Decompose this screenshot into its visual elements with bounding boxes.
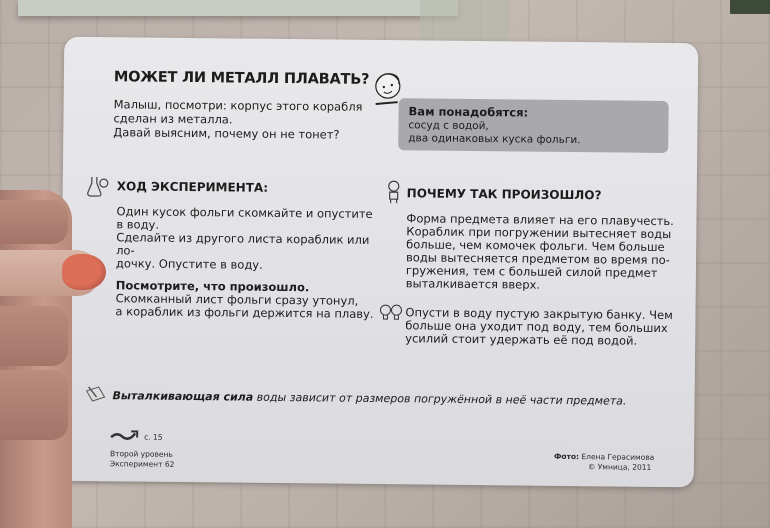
hand-finger bbox=[0, 306, 68, 366]
experiment-steps: Один кусок фольги скомкайте и опустите в… bbox=[115, 205, 386, 321]
conclusion-bold: Выталкивающая сила bbox=[113, 389, 254, 403]
experiment-number: Эксперимент 62 bbox=[110, 459, 175, 469]
background-object bbox=[420, 0, 510, 45]
materials-title: Вам понадобятся: bbox=[409, 104, 529, 119]
material-item: сосуд с водой, bbox=[408, 119, 488, 132]
why-title: ПОЧЕМУ ТАК ПРОИЗОШЛО? bbox=[407, 186, 602, 202]
experiment-title: ХОД ЭКСПЕРИМЕНТА: bbox=[117, 179, 268, 195]
intro-text: Малыш, посмотри: корпус этого корабля сд… bbox=[113, 97, 383, 142]
background-object-dark bbox=[730, 0, 770, 14]
background-shelf bbox=[18, 0, 458, 16]
child-figure-icon bbox=[385, 180, 403, 204]
page-reference: с. 15 bbox=[144, 433, 163, 442]
conclusion-text: Выталкивающая сила воды зависит от разме… bbox=[113, 389, 627, 407]
card-title: МОЖЕТ ЛИ МЕТАЛЛ ПЛАВАТЬ? bbox=[114, 69, 370, 88]
conclusion-rest: воды зависит от размеров погружённой в н… bbox=[253, 391, 626, 408]
photo-label: Фото: bbox=[554, 452, 579, 461]
intro-line: Давай выясним, почему он не тонет? bbox=[113, 125, 383, 142]
hand-finger bbox=[0, 200, 68, 244]
observe-line: а кораблик из фольги держится на плаву. bbox=[115, 305, 385, 321]
wavy-arrow-icon bbox=[110, 429, 140, 441]
flask-icon bbox=[87, 175, 109, 197]
material-item: два одинаковых куска фольги. bbox=[408, 132, 580, 146]
lightbulbs-icon bbox=[379, 304, 403, 320]
thumb-nail bbox=[62, 254, 106, 290]
level-label: Второй уровень bbox=[110, 449, 173, 459]
photo-credit: Фото: Елена Герасимова bbox=[554, 452, 654, 462]
photo-author: Елена Герасимова bbox=[579, 452, 654, 462]
materials-box: Вам понадобятся: сосуд с водой, два один… bbox=[398, 98, 669, 153]
copyright: © Умница, 2011 bbox=[588, 462, 652, 472]
why-explanation: Форма предмета влияет на его плавучесть.… bbox=[406, 212, 677, 293]
tip-text: Опусти в воду пустую закрытую банку. Чем… bbox=[405, 306, 675, 348]
hand-finger bbox=[0, 370, 68, 440]
tip-line: усилий стоит удержать её под водой. bbox=[405, 332, 675, 348]
experiment-card: МОЖЕТ ЛИ МЕТАЛЛ ПЛАВАТЬ? Малыш, посмотри… bbox=[60, 37, 699, 488]
notepad-pencil-icon bbox=[85, 385, 107, 403]
